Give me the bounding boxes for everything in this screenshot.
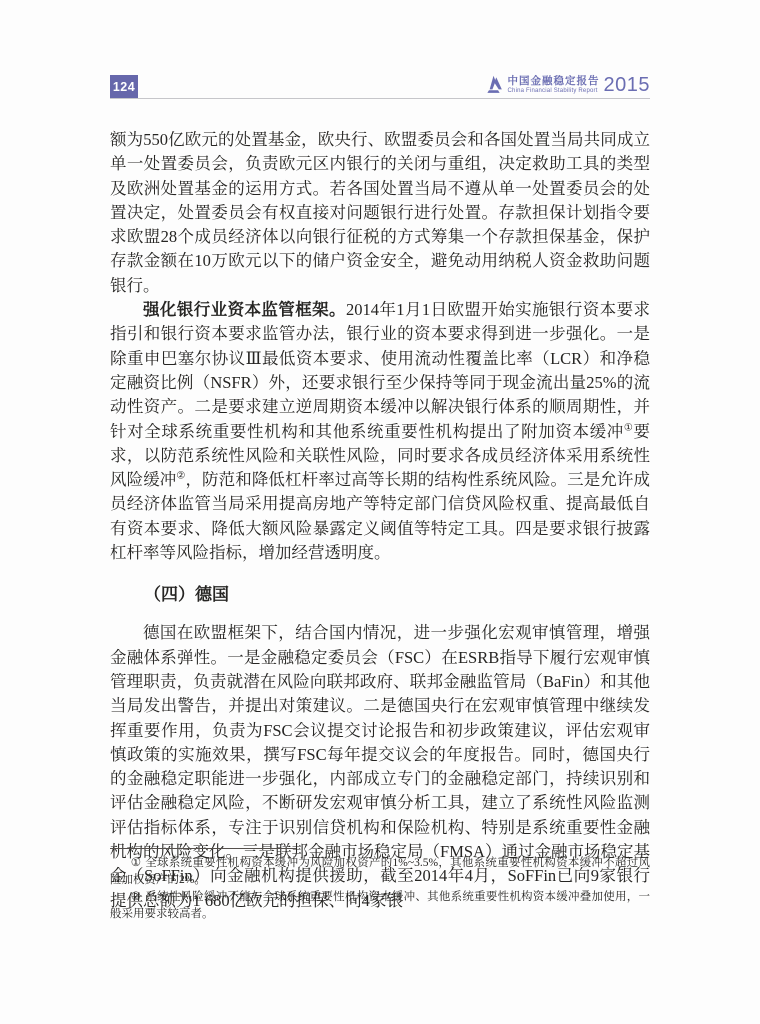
paragraph-text-3: ，防范和降低杠杆率过高等长期的结构性系统风险。三是允许成员经济体监管当局采用提高… [110,470,650,562]
paragraph-text-1: 2014年1月1日欧盟开始实施银行资本要求指引和银行资本要求监管办法，银行业的资… [110,300,650,440]
paragraph-capital-framework: 强化银行业资本监管框架。2014年1月1日欧盟开始实施银行资本要求指引和银行资本… [110,298,650,565]
footnote-1-text: 全球系统重要性机构资本缓冲为风险加权资产的1%~3.5%，其他系统重要性机构资本… [110,857,650,886]
document-page: 124 中国金融稳定报告 China Financial Stability R… [0,0,760,1024]
brand-title-en: China Financial Stability Report [508,88,600,94]
footnote-2-text: 系统性风险缓冲不能与全球系统重要性机构资本缓冲、其他系统重要性机构资本缓冲叠加使… [110,891,650,920]
brand-title-cn: 中国金融稳定报告 [508,76,600,87]
pbc-emblem-icon [483,74,504,95]
document-body: 额为550亿欧元的处置基金，欧央行、欧盟委员会和各国处置当局共同成立单一处置委员… [110,128,650,913]
footnote-2-marker: ② [131,891,142,903]
section-heading-germany: （四）德国 [110,583,650,607]
paragraph-resolution-fund: 额为550亿欧元的处置基金，欧央行、欧盟委员会和各国处置当局共同成立单一处置委员… [110,128,650,298]
brand-title-block: 中国金融稳定报告 China Financial Stability Repor… [508,76,600,94]
footnote-1-marker: ① [131,857,142,869]
footnotes-section: ①全球系统重要性机构资本缓冲为风险加权资产的1%~3.5%，其他系统重要性机构资… [110,848,650,923]
paragraph-lead: 强化银行业资本监管框架。 [143,301,346,319]
footnote-2: ②系统性风险缓冲不能与全球系统重要性机构资本缓冲、其他系统重要性机构资本缓冲叠加… [110,889,650,923]
brand-year: 2015 [604,75,651,95]
page-number-badge: 124 [110,75,138,98]
footnote-1: ①全球系统重要性机构资本缓冲为风险加权资产的1%~3.5%，其他系统重要性机构资… [110,855,650,889]
footnote-ref-1: ① [624,422,634,433]
page-header: 124 中国金融稳定报告 China Financial Stability R… [110,66,650,99]
report-brand: 中国金融稳定报告 China Financial Stability Repor… [483,74,651,95]
footnote-separator [110,848,296,849]
